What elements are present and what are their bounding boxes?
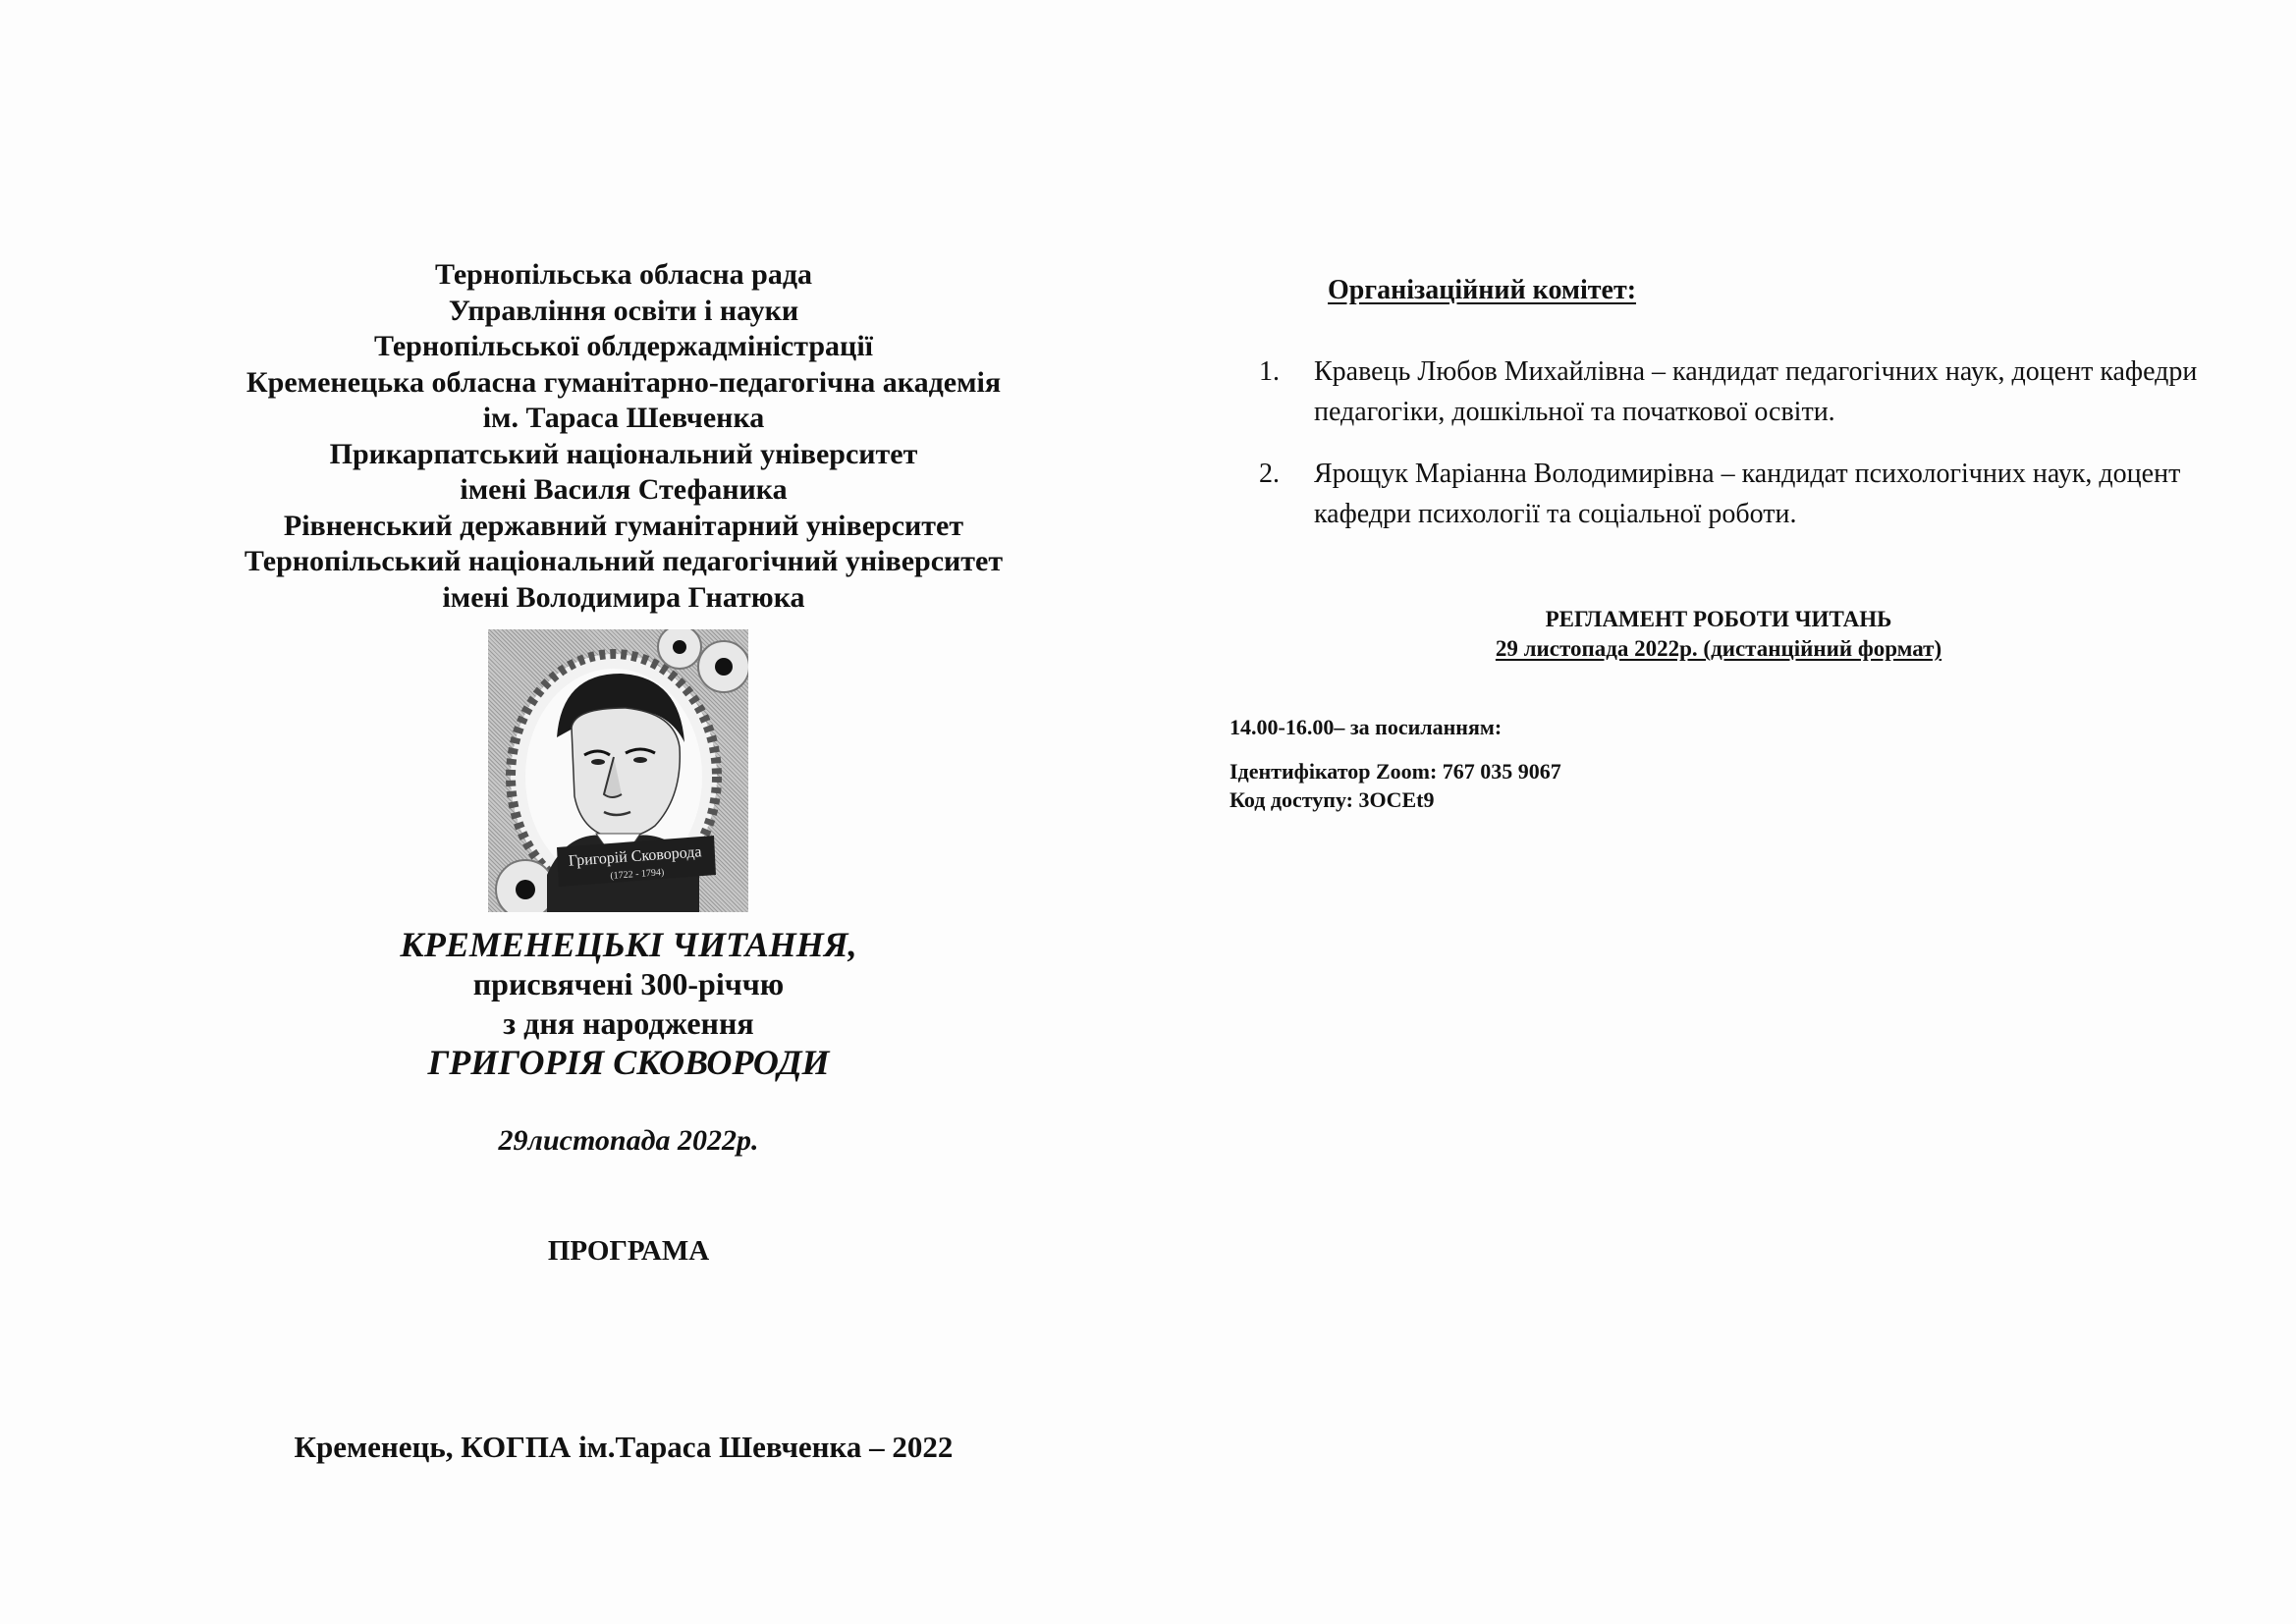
event-person: ГРИГОРІЯ СКОВОРОДИ (246, 1043, 1011, 1082)
regulation-title: РЕГЛАМЕНТ РОБОТИ ЧИТАНЬ (1228, 605, 2210, 634)
organizers-block: Тернопільська обласна рада Управління ос… (177, 257, 1070, 616)
regulation-block: РЕГЛАМЕНТ РОБОТИ ЧИТАНЬ 29 листопада 202… (1228, 605, 2210, 664)
committee-title: Організаційний комітет: (1328, 275, 1636, 306)
organizer-line: Рівненський державний гуманітарний уніве… (177, 509, 1070, 545)
portrait-illustration: Григорій Сковорода (1722 - 1794) (488, 629, 748, 912)
event-title: КРЕМЕНЕЦЬКІ ЧИТАННЯ, (246, 925, 1011, 964)
organizer-line: імені Володимира Гнатюка (177, 580, 1070, 617)
access-code: Код доступу: 3OCEt9 (1230, 785, 1561, 814)
organizer-line: Кременецька обласна гуманітарно-педагогі… (177, 365, 1070, 402)
organizer-line: імені Василя Стефаника (177, 472, 1070, 509)
organizer-line: Тернопільська обласна рада (177, 257, 1070, 294)
schedule-block: 14.00-16.00– за посиланням: Ідентифікато… (1230, 713, 1561, 814)
program-label: ПРОГРАМА (246, 1235, 1011, 1268)
organizer-line: Тернопільської облдержадміністрації (177, 329, 1070, 365)
committee-member: 1. Кравець Любов Михайлівна – кандидат п… (1259, 352, 2221, 432)
event-title-block: КРЕМЕНЕЦЬКІ ЧИТАННЯ, присвячені 300-річч… (246, 925, 1011, 1082)
organizer-line: ім. Тараса Шевченка (177, 401, 1070, 437)
regulation-subtitle: 29 листопада 2022р. (дистанційний формат… (1228, 634, 2210, 664)
committee-list: 1. Кравець Любов Михайлівна – кандидат п… (1259, 352, 2221, 556)
member-number: 2. (1259, 454, 1314, 534)
event-subtitle-1: присвячені 300-річчю (246, 964, 1011, 1003)
member-text: Ярощук Маріанна Володимирівна – кандидат… (1314, 454, 2221, 534)
member-text: Кравець Любов Михайлівна – кандидат педа… (1314, 352, 2221, 432)
schedule-time: 14.00-16.00– за посиланням: (1230, 713, 1561, 741)
skovoroda-portrait: Григорій Сковорода (1722 - 1794) (488, 629, 748, 912)
event-subtitle-2: з дня народження (246, 1003, 1011, 1043)
member-number: 1. (1259, 352, 1314, 432)
organizer-line: Управління освіти і науки (177, 294, 1070, 330)
zoom-id: Ідентифікатор Zoom: 767 035 9067 (1230, 757, 1561, 785)
event-date: 29листопада 2022р. (246, 1124, 1011, 1158)
organizer-line: Прикарпатський національний університет (177, 437, 1070, 473)
committee-member: 2. Ярощук Маріанна Володимирівна – канди… (1259, 454, 2221, 534)
footer-publisher: Кременець, КОГПА ім.Тараса Шевченка – 20… (177, 1430, 1070, 1465)
organizer-line: Тернопільський національний педагогічний… (177, 544, 1070, 580)
